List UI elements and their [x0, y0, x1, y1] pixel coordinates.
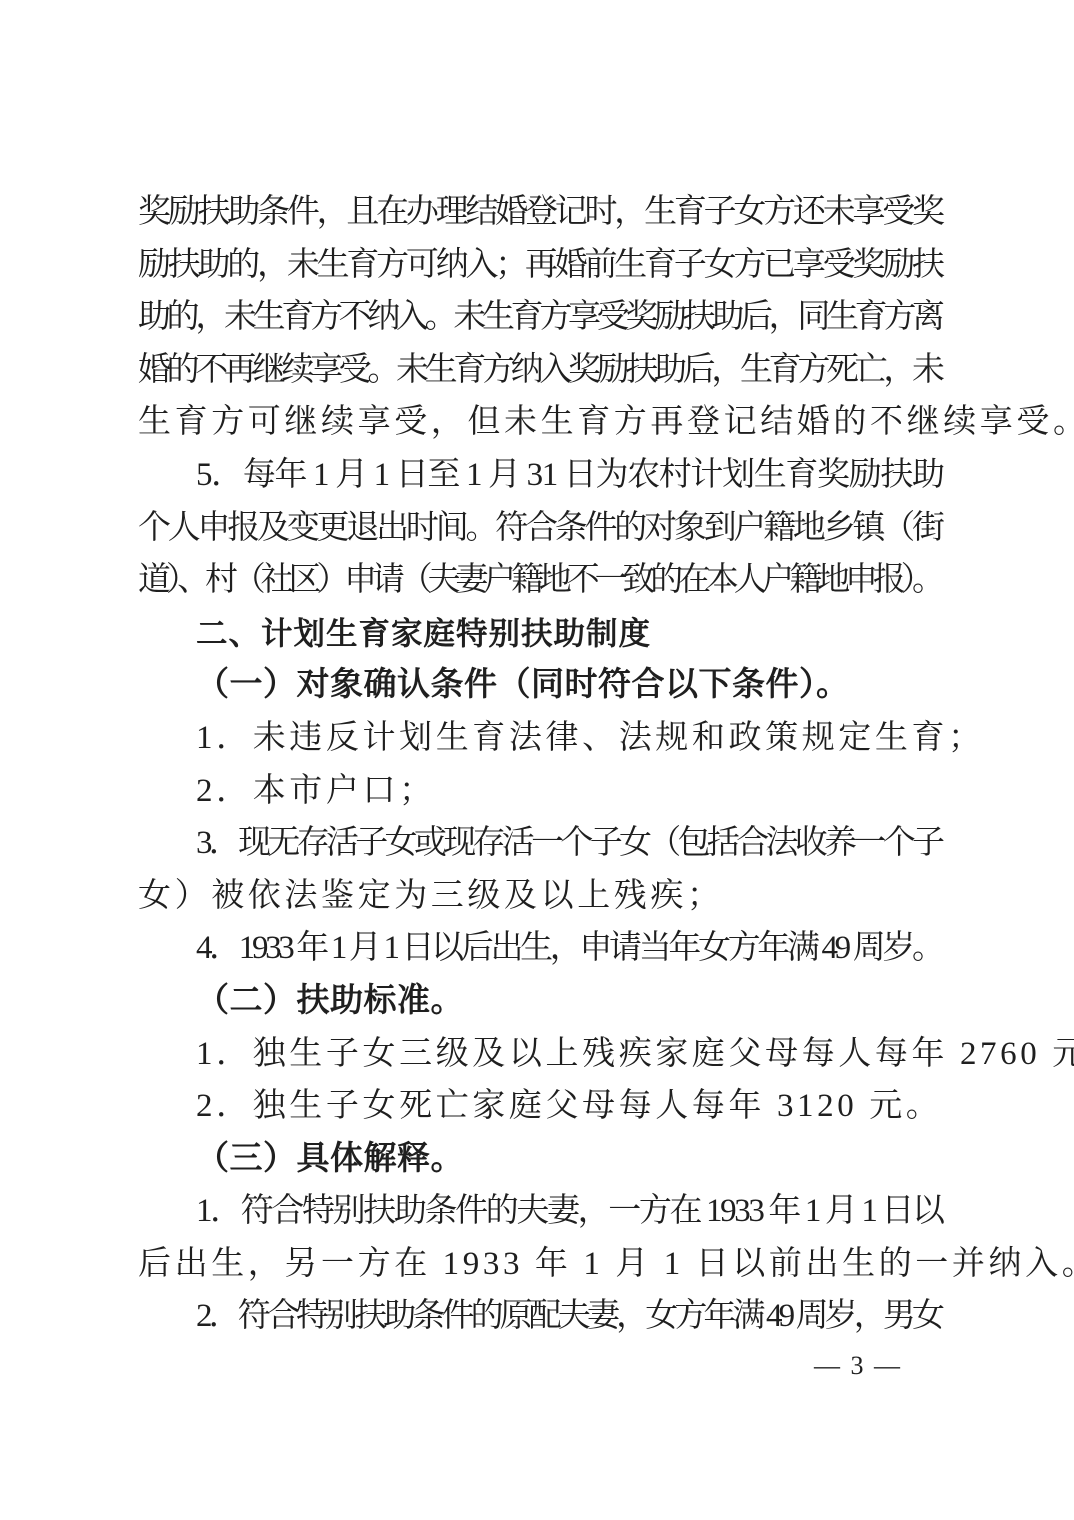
text-block: 奖励扶助条件，且在办理结婚登记时，生育子女方还未享受奖励扶助的，未生育方可纳入；…	[138, 186, 945, 1343]
text-line-body: 个人申报及变更退出时间。符合条件的对象到户籍地乡镇（街	[138, 502, 945, 555]
text-line-content: 2．本市户口；	[196, 773, 436, 809]
text-line-content: 1．符合特别扶助条件的夫妻，一方在 1933 年 1 月 1 日以	[196, 1193, 943, 1229]
text-line-content: 4．1933 年 1 月 1 日以后出生，申请当年女方年满 49 周岁。	[196, 930, 942, 966]
text-line-body: 道）、村（社区）申请（夫妻户籍地不一致的在本人户籍地申报）。	[138, 554, 945, 607]
text-line-subheading: （二）扶助标准。	[138, 975, 945, 1028]
text-line-body: 2．本市户口；	[138, 765, 945, 818]
text-line-content: 2．符合特别扶助条件的原配夫妻，女方年满 49 周岁，男女	[196, 1298, 941, 1334]
text-line-body: 3．现无存活子女或现存活一个子女（包括合法收养一个子	[138, 817, 945, 870]
text-line-body: 女）被依法鉴定为三级及以上残疾；	[138, 870, 945, 923]
text-line-body: 婚的不再继续享受。未生育方纳入奖励扶助后，生育方死亡，未	[138, 344, 945, 397]
text-line-heading: 二、计划生育家庭特别扶助制度	[138, 607, 945, 660]
text-line-content: 后出生，另一方在 1933 年 1 月 1 日以前出生的一并纳入。	[138, 1246, 1074, 1282]
text-line-content: 励扶助的，未生育方可纳入；再婚前生育子女方已享受奖励扶	[138, 247, 942, 283]
text-line-body: 4．1933 年 1 月 1 日以后出生，申请当年女方年满 49 周岁。	[138, 922, 945, 975]
text-line-body: 2．独生子女死亡家庭父母每人每年 3120 元。	[138, 1080, 945, 1133]
text-line-content: 助的，未生育方不纳入。未生育方享受奖励扶助后，同生育方离	[138, 299, 941, 335]
text-line-body: 5．每年 1 月 1 日至 1 月 31 日为农村计划生育奖励扶助	[138, 449, 945, 502]
text-line-content: 婚的不再继续享受。未生育方纳入奖励扶助后，生育方死亡，未	[138, 352, 941, 388]
text-line-body: 励扶助的，未生育方可纳入；再婚前生育子女方已享受奖励扶	[138, 239, 945, 292]
text-line-content: （一）对象确认条件（同时符合以下条件）。	[196, 667, 850, 703]
text-line-body: 奖励扶助条件，且在办理结婚登记时，生育子女方还未享受奖	[138, 186, 945, 239]
text-line-subheading: （三）具体解释。	[138, 1133, 945, 1186]
text-line-content: 生育方可继续享受，但未生育方再登记结婚的不继续享受。	[138, 404, 1074, 440]
text-line-content: （二）扶助标准。	[196, 983, 464, 1019]
text-line-content: 道）、村（社区）申请（夫妻户籍地不一致的在本人户籍地申报）。	[138, 562, 940, 598]
text-line-content: 个人申报及变更退出时间。符合条件的对象到户籍地乡镇（街	[138, 510, 942, 546]
text-line-content: 2．独生子女死亡家庭父母每人每年 3120 元。	[196, 1088, 942, 1124]
text-line-body: 生育方可继续享受，但未生育方再登记结婚的不继续享受。	[138, 396, 945, 449]
text-line-content: 5．每年 1 月 1 日至 1 月 31 日为农村计划生育奖励扶助	[196, 457, 944, 493]
text-line-subheading: （一）对象确认条件（同时符合以下条件）。	[138, 659, 945, 712]
text-line-content: 女）被依法鉴定为三级及以上残疾；	[138, 878, 724, 914]
text-line-content: 二、计划生育家庭特别扶助制度	[196, 615, 651, 651]
text-line-body: 1．符合特别扶助条件的夫妻，一方在 1933 年 1 月 1 日以	[138, 1185, 945, 1238]
text-line-body: 后出生，另一方在 1933 年 1 月 1 日以前出生的一并纳入。	[138, 1238, 945, 1291]
text-line-content: 奖励扶助条件，且在办理结婚登记时，生育子女方还未享受奖	[138, 194, 942, 230]
text-line-content: （三）具体解释。	[196, 1141, 464, 1177]
text-line-body: 助的，未生育方不纳入。未生育方享受奖励扶助后，同生育方离	[138, 291, 945, 344]
text-line-body: 2．符合特别扶助条件的原配夫妻，女方年满 49 周岁，男女	[138, 1290, 945, 1343]
text-line-content: 1．未违反计划生育法律、法规和政策规定生育；	[196, 720, 985, 756]
document-page: 奖励扶助条件，且在办理结婚登记时，生育子女方还未享受奖励扶助的，未生育方可纳入；…	[0, 0, 1074, 1520]
text-line-body: 1．独生子女三级及以上残疾家庭父母每人每年 2760 元。	[138, 1028, 945, 1081]
text-line-content: 1．独生子女三级及以上残疾家庭父母每人每年 2760 元。	[196, 1036, 1074, 1072]
page-number: — 3 —	[814, 1352, 902, 1380]
text-line-content: 3．现无存活子女或现存活一个子女（包括合法收养一个子	[196, 825, 941, 861]
text-line-body: 1．未违反计划生育法律、法规和政策规定生育；	[138, 712, 945, 765]
